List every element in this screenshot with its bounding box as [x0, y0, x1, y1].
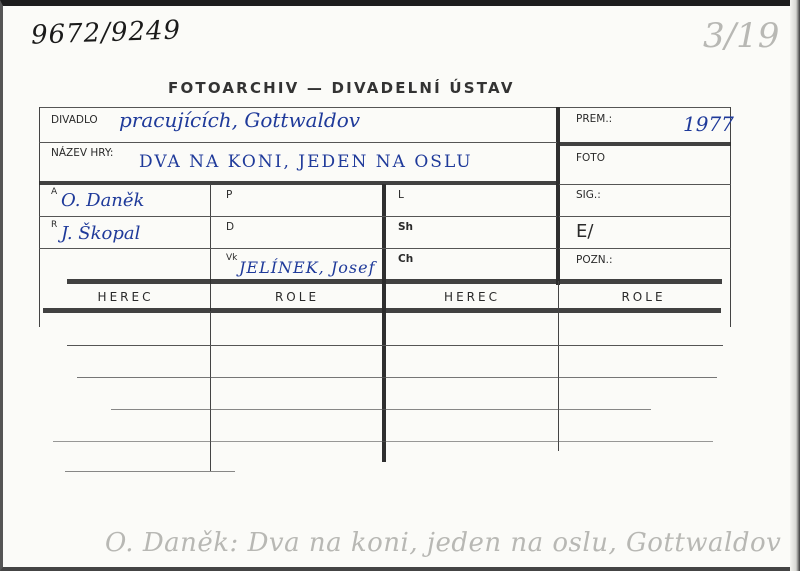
right-panel-divider	[556, 107, 560, 285]
credit-value-vk: JELÍNEK, Josef	[239, 258, 376, 277]
photo-edge-shadow	[790, 0, 800, 571]
credit-code-p: P	[226, 189, 232, 201]
table-header-herec-2: HEREC	[387, 290, 557, 304]
credit-code-d: D	[226, 221, 234, 233]
table-row	[43, 345, 723, 377]
row-divider	[39, 248, 557, 249]
inventory-number: 9672/9249	[31, 15, 182, 50]
credit-value-r: J. Škopal	[61, 223, 140, 244]
nazev-hry-label: NÁZEV HRY:	[51, 147, 113, 159]
credit-value-a: O. Daněk	[61, 190, 144, 211]
table-header-herec-1: HEREC	[43, 290, 208, 304]
row-divider	[559, 216, 731, 217]
header-title: FOTOARCHIV — DIVADELNÍ ÚSTAV	[168, 79, 515, 97]
credit-code-l: L	[398, 189, 404, 201]
frame-right-line	[730, 107, 731, 327]
prem-label: PREM.:	[576, 113, 612, 125]
archive-photo-card: 9672/9249 3/19 FOTOARCHIV — DIVADELNÍ ÚS…	[0, 0, 800, 571]
table-row	[43, 441, 723, 471]
foto-label: FOTO	[576, 152, 605, 164]
credit-code-r: R	[51, 220, 57, 230]
row-divider	[559, 184, 731, 185]
table-header-role-2: ROLE	[561, 290, 726, 304]
pozn-label: POZN.:	[576, 254, 613, 266]
e-label: E/	[576, 221, 593, 242]
credit-code-a: A	[51, 187, 57, 197]
page-marker: 3/19	[703, 16, 779, 56]
row-divider	[39, 142, 557, 143]
credit-code-sh: Sh	[398, 221, 413, 233]
table-row	[43, 409, 723, 441]
table-header-role-1: ROLE	[213, 290, 381, 304]
credit-code-ch: Ch	[398, 253, 413, 265]
row-divider	[559, 142, 731, 146]
divadlo-label: DIVADLO	[51, 114, 98, 126]
col-divider-1	[210, 184, 211, 324]
row-divider	[39, 216, 557, 217]
sig-label: SIG.:	[576, 189, 601, 201]
table-header-top-line	[67, 279, 722, 284]
frame-left-line	[39, 107, 40, 327]
table-row	[43, 311, 723, 345]
nazev-hry-value: DVA NA KONI, JEDEN NA OSLU	[139, 152, 473, 172]
credit-code-vk: Vk	[226, 253, 237, 263]
table-row-line	[65, 471, 235, 472]
divadlo-value: pracujících, Gottwaldov	[119, 108, 360, 132]
table-row	[43, 377, 723, 409]
prem-value: 1977	[683, 112, 734, 136]
bottom-pencil-note: O. Daněk: Dva na koni, jeden na oslu, Go…	[105, 528, 800, 558]
row-divider	[559, 248, 731, 249]
row-divider	[39, 181, 557, 185]
